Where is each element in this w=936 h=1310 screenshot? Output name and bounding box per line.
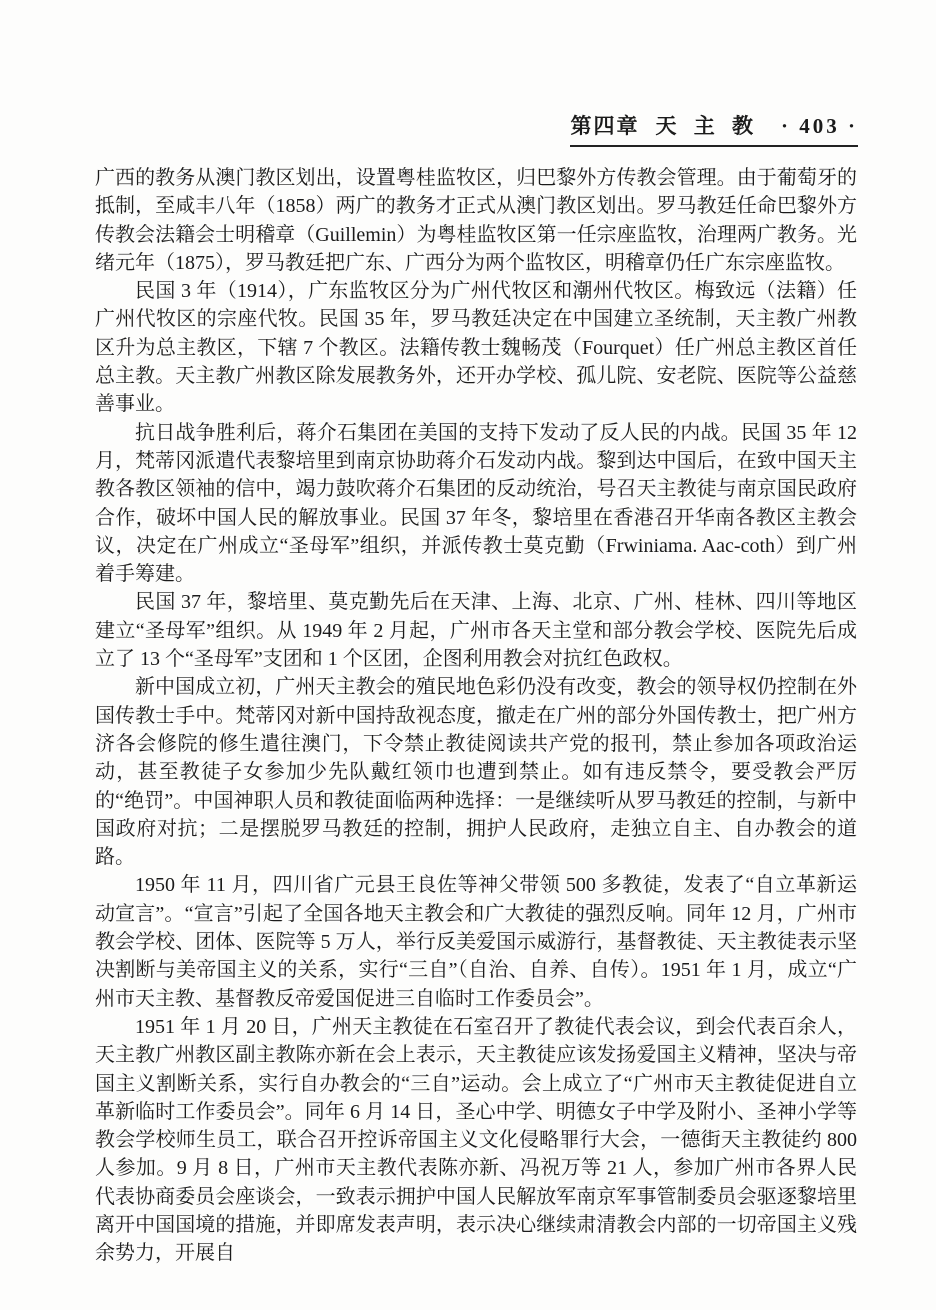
paragraph: 广西的教务从澳门教区划出，设置粤桂监牧区，归巴黎外方传教会管理。由于葡萄牙的抵制… [95,164,857,277]
paragraph: 新中国成立初，广州天主教会的殖民地色彩仍没有改变，教会的领导权仍控制在外国传教士… [95,673,857,871]
paragraph: 民国 37 年，黎培里、莫克勤先后在天津、上海、北京、广州、桂林、四川等地区建立… [95,588,857,673]
chapter-label: 第四章 [570,114,639,138]
page-number: · 403 · [781,114,858,138]
paragraph: 1951 年 1 月 20 日，广州天主教徒在石室召开了教徒代表会议，到会代表百… [95,1013,857,1268]
running-header: 第四章天 主 教· 403 · [570,110,858,147]
page-body: 广西的教务从澳门教区划出，设置粤桂监牧区，归巴黎外方传教会管理。由于葡萄牙的抵制… [95,164,857,1268]
paragraph: 1950 年 11 月，四川省广元县王良佐等神父带领 500 多教徒，发表了“自… [95,871,857,1012]
paragraph: 抗日战争胜利后，蒋介石集团在美国的支持下发动了反人民的内战。民国 35 年 12… [95,419,857,589]
paragraph: 民国 3 年（1914），广东监牧区分为广州代牧区和潮州代牧区。梅致远（法籍）任… [95,277,857,418]
book-page: 第四章天 主 教· 403 · 广西的教务从澳门教区划出，设置粤桂监牧区，归巴黎… [0,0,936,1310]
chapter-title: 天 主 教 [655,114,759,138]
